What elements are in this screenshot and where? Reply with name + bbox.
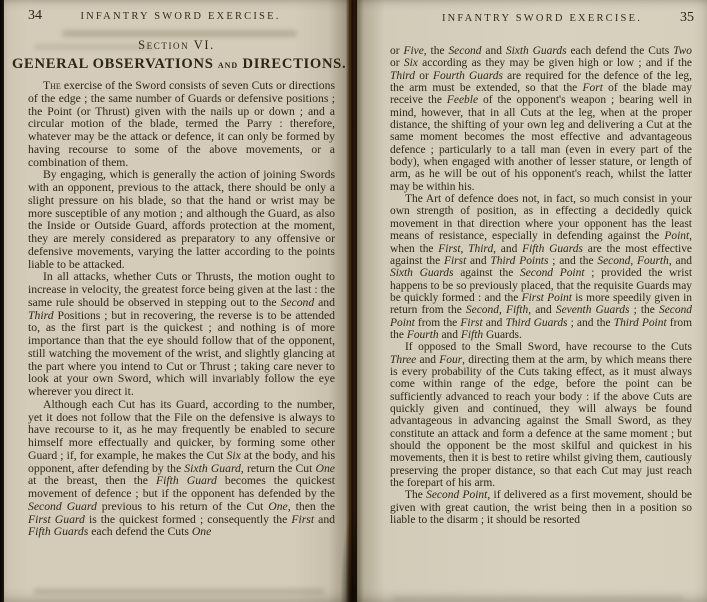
text-run: , directing them at the arm, by which me… [390, 354, 692, 489]
text-run: ; and the [567, 317, 613, 329]
italic-text: Second [466, 304, 499, 316]
italic-text: First [438, 243, 460, 255]
text-run: and [439, 329, 461, 341]
bleed-through-text [62, 30, 297, 37]
italic-text: Four [439, 354, 462, 366]
italic-text: Sixth Guard [184, 462, 241, 475]
paragraph: Although each Cut has its Guard, accordi… [28, 399, 335, 539]
small-caps-text: and [218, 57, 238, 71]
italic-text: Third Point [614, 317, 667, 329]
paragraph: The exercise of the Sword consists of se… [28, 80, 335, 169]
page-number-left: 34 [28, 8, 50, 24]
text-run: The [405, 489, 426, 501]
paragraph: In all attacks, whether Cuts or Thrusts,… [28, 271, 335, 399]
right-page-header: 00 INFANTRY SWORD EXERCISE. 35 [357, 0, 707, 26]
right-page-text: or Five, the Second and Sixth Guards eac… [357, 45, 707, 526]
text-run: Guards. [483, 329, 522, 341]
italic-text: Feeble [447, 94, 478, 106]
italic-text: Three [390, 354, 416, 366]
right-page: 00 INFANTRY SWORD EXERCISE. 35 or Five, … [357, 0, 707, 602]
italic-text: Two [673, 45, 692, 57]
italic-text: Second Point [520, 267, 585, 279]
section-heading: Section VI. [4, 38, 349, 53]
text-run: , and [493, 243, 522, 255]
text-run: is the quickest formed ; consequently th… [85, 513, 291, 526]
italic-text: First [460, 317, 482, 329]
bleed-through-text [393, 596, 683, 601]
left-page-header: 34 INFANTRY SWORD EXERCISE. 00 [4, 0, 349, 24]
text-run: and [481, 45, 505, 57]
text-run: and [416, 354, 439, 366]
italic-text: Fourth Guards [433, 70, 503, 82]
paragraph: The Art of defence does not, in fact, so… [390, 193, 692, 341]
italic-text: Seventh Guards [556, 304, 630, 316]
italic-text: First Point [522, 292, 572, 304]
text-run: from the [415, 317, 461, 329]
text-run: at the breast, then the [28, 474, 156, 487]
text-run: Positions ; but in recovering, the rever… [28, 309, 335, 399]
italic-text: Sixth Guards [390, 267, 453, 279]
italic-text: Fifth [506, 304, 528, 316]
small-caps-text: The [43, 79, 61, 92]
text-run: according as they may be given high or l… [418, 57, 692, 69]
text-run: , and [669, 255, 692, 267]
italic-text: Point [664, 230, 689, 242]
text-run: ; the [629, 304, 659, 316]
paragraph: If opposed to the Small Sword, have reco… [390, 341, 692, 489]
text-run: or [415, 70, 433, 82]
italic-text: Second Guard [28, 500, 97, 513]
book-spread: 34 INFANTRY SWORD EXERCISE. 00 Section V… [0, 0, 707, 602]
text-run: previous to his return of the Cut [97, 500, 268, 513]
italic-text: Fifth Guard [156, 474, 217, 487]
text-run: and [314, 296, 335, 309]
italic-text: One [316, 462, 335, 475]
italic-text: Third Points [490, 255, 548, 267]
italic-text: Third Guards [505, 317, 567, 329]
italic-text: One [192, 525, 211, 538]
text-run: each defend the Cuts [88, 525, 192, 538]
text-run: exercise of the Sword consists of seven … [28, 79, 335, 169]
text-run: or [390, 57, 404, 69]
text-run: GENERAL OBSERVATIONS [12, 56, 218, 72]
italic-text: Six [404, 57, 418, 69]
bleed-through-text [34, 588, 324, 595]
text-run: , return the Cut [241, 462, 316, 475]
italic-text: Second [597, 255, 630, 267]
paragraph: By engaging, which is generally the acti… [28, 169, 335, 271]
text-run: The Art of defence does not, in fact, so… [390, 193, 692, 242]
italic-text: Fourth [407, 329, 439, 341]
running-title-right: INFANTRY SWORD EXERCISE. [412, 13, 672, 24]
italic-text: First [291, 513, 314, 526]
text-run: and [466, 255, 490, 267]
text-run: , then the [288, 500, 335, 513]
text-run: By engaging, which is generally the acti… [28, 168, 335, 270]
italic-text: Sixth Guards [506, 45, 567, 57]
text-run: and [483, 317, 506, 329]
italic-text: Fort [583, 82, 603, 94]
paragraph: or Five, the Second and Sixth Guards eac… [390, 45, 692, 193]
paragraph: The Second Point, if delivered as a firs… [390, 489, 692, 526]
italic-text: Third [390, 70, 415, 82]
text-run: or [390, 45, 403, 57]
text-run: ; and the [548, 255, 597, 267]
text-run: , and [528, 304, 556, 316]
text-run: each defend the Cuts [567, 45, 674, 57]
italic-text: One [268, 500, 287, 513]
text-run: and [314, 513, 335, 526]
text-run: If opposed to the Small Sword, have reco… [405, 341, 692, 353]
left-page-text: The exercise of the Sword consists of se… [4, 80, 349, 539]
italic-text: Fifth Guards [522, 243, 583, 255]
italic-text: Second Point [426, 489, 487, 501]
italic-text: Fifth [461, 329, 483, 341]
italic-text: Second [280, 296, 314, 309]
text-run: of the opponent's weapon ; bearing well … [390, 94, 692, 192]
italic-text: Third [28, 309, 54, 322]
italic-text: Five [403, 45, 423, 57]
italic-text: First Guard [28, 513, 85, 526]
text-run: against the [453, 267, 520, 279]
italic-text: Second [448, 45, 481, 57]
text-run: , the [424, 45, 449, 57]
running-title-left: INFANTRY SWORD EXERCISE. [50, 11, 311, 22]
text-run: , [461, 243, 469, 255]
text-run: DIRECTIONS. [238, 56, 346, 72]
italic-text: Third [468, 243, 493, 255]
page-number-right: 35 [672, 10, 694, 26]
chapter-heading: GENERAL OBSERVATIONS and DIRECTIONS. [12, 56, 341, 73]
italic-text: Fifth Guards [28, 525, 88, 538]
italic-text: Six [227, 449, 241, 462]
italic-text: Fourth [637, 255, 669, 267]
text-run: , [499, 304, 506, 316]
italic-text: First [444, 255, 466, 267]
left-page: 34 INFANTRY SWORD EXERCISE. 00 Section V… [4, 0, 349, 602]
